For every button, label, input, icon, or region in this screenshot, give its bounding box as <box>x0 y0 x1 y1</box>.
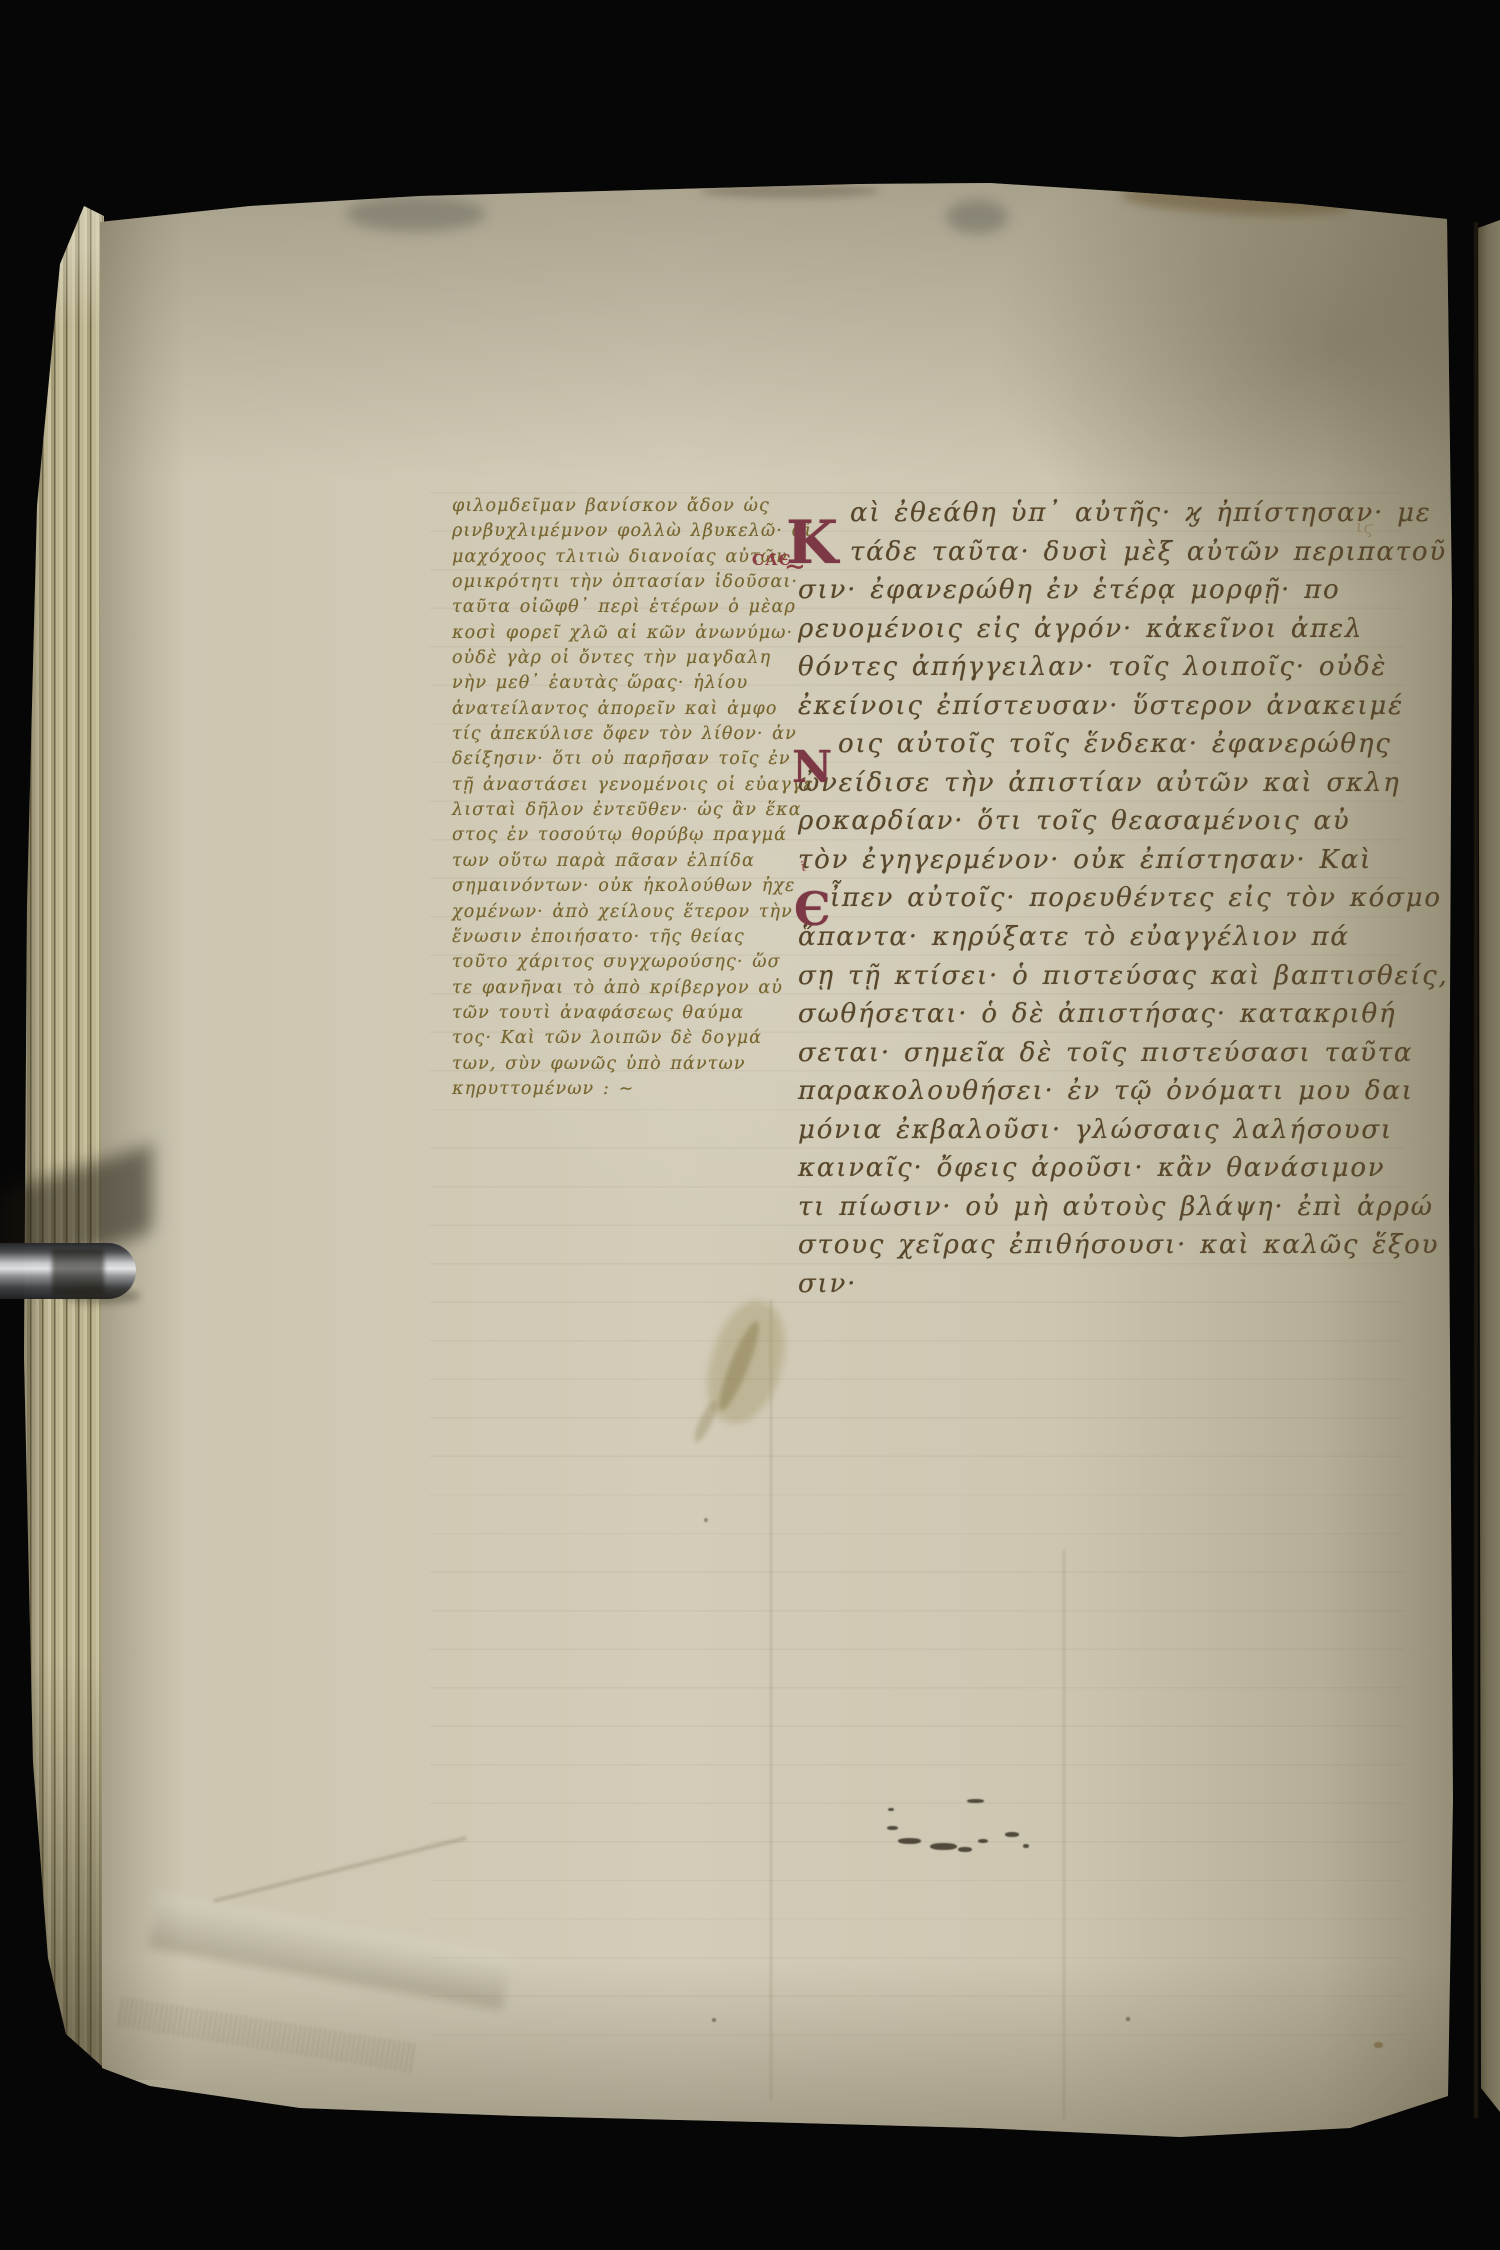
page-shading-top <box>0 180 1500 480</box>
stain <box>946 200 1008 234</box>
gospel-text-line: ροκαρδίαν· ὅτι τοῖς θεασαμένοις αὐ <box>798 806 1398 845</box>
commentary-text-line: τίς ἀπεκύλισε ὄφεν τὸν λίθον· ἀν <box>452 724 788 749</box>
parchment-page: φιλομδεῖμαν βανίσκον ἄδον ὡςρινβυχλιμέμν… <box>0 0 1500 2250</box>
commentary-text-line: μαχόχοος τλιτιὼ διανοίας αὐτῶν <box>452 547 788 572</box>
vertical-crease <box>1063 1550 1065 2120</box>
commentary-text-line: ἕνωσιν ἐποιήσατο· τῆς θείας <box>452 927 788 952</box>
page-holder-contact-shadow <box>62 1288 140 1304</box>
commentary-text-line: ἀνατείλαντος ἀπορεῖν καὶ ἀμφο <box>452 699 788 724</box>
ink-speck <box>978 1839 988 1843</box>
ink-speck <box>1005 1832 1019 1837</box>
rubricated-initial-nu: Ν <box>792 742 832 793</box>
gospel-text-line: αὶ ἐθεάθη ὑπ᾽ αὐτῆς· ϗ ἠπίστησαν· με <box>798 498 1398 537</box>
commentary-text-line: κοσὶ φορεῖ χλῶ αἱ κῶν ἀνωνύμω· <box>452 623 788 648</box>
gospel-text-line: στους χεῖρας ἐπιθήσουσι· καὶ καλῶς ἕξου <box>798 1230 1398 1269</box>
commentary-text-line: κηρυττομένων : ∼ <box>452 1079 788 1104</box>
ink-speck <box>1023 1844 1029 1848</box>
commentary-text-line: στος ἐν τοσούτῳ θορύβῳ πραγμά <box>452 825 788 850</box>
gospel-text-line: ἶπεν αὐτοῖς· πορευθέντες εἰς τὸν κόσμο <box>798 883 1398 922</box>
gospel-text-line: οις αὐτοῖς τοῖς ἕνδεκα· ἐφανερώθης <box>798 729 1398 768</box>
ink-speck <box>898 1838 921 1844</box>
commentary-text-line: ρινβυχλιμέμνον φολλὼ λβυκελῶ· αἰ <box>452 521 788 546</box>
ink-speck <box>930 1843 957 1850</box>
gospel-text-line: ρευομένοις εἰς ἀγρόν· κἀκεῖνοι ἀπελ <box>798 614 1398 653</box>
rubric-flourish: ∼ <box>784 552 806 582</box>
commentary-text-line: τος· Καὶ τῶν λοιπῶν δὲ δογμά <box>452 1028 788 1053</box>
ink-speck <box>704 1518 708 1522</box>
gospel-text-line: σωθήσεται· ὁ δὲ ἀπιστήσας· κατακριθή <box>798 999 1398 1038</box>
gospel-text-line: ἐκείνοις ἐπίστευσαν· ὕστερον ἀνακειμέ <box>798 691 1398 730</box>
commentary-text-line: τῇ ἀναστάσει γενομένοις οἱ εὐαγγε <box>452 775 788 800</box>
gospel-text-line: καιναῖς· ὄφεις ἀροῦσι· κἂν θανάσιμον <box>798 1153 1398 1192</box>
commentary-text-line: τε φανῆναι τὸ ἀπὸ κρίβεργον αὐ <box>452 978 788 1003</box>
gospel-text-column: αὶ ἐθεάθη ὑπ᾽ αὐτῆς· ϗ ἠπίστησαν· μετάδε… <box>798 498 1398 1307</box>
gospel-text-line: σεται· σημεῖα δὲ τοῖς πιστεύσασι ταῦτα <box>798 1038 1398 1077</box>
page-shading-left <box>96 200 186 2080</box>
vertical-crease <box>770 1300 772 2100</box>
book-fore-edge <box>24 206 104 2068</box>
commentary-text-line: λισταὶ δῆλον ἐντεῦθεν· ὡς ἂν ἕκα <box>452 800 788 825</box>
commentary-text-line: οὐδὲ γὰρ οἱ ὄντες τὴν μαγδαλη <box>452 648 788 673</box>
parchment-wrinkle <box>213 1837 466 1903</box>
gospel-text-line: μόνια ἐκβαλοῦσι· γλώσσαις λαλήσουσι <box>798 1115 1398 1154</box>
commentary-text-line: των, σὺν φωνῶς ὑπὸ πάντων <box>452 1054 788 1079</box>
commentary-text-line: των οὕτω παρὰ πᾶσαν ἐλπίδα <box>452 851 788 876</box>
ink-speck <box>887 1826 898 1830</box>
commentary-text-line: σημαινόντων· οὐκ ἠκολούθων ἠχε <box>452 876 788 901</box>
folio-number: ιϛ <box>1355 517 1376 539</box>
facing-leaf-edge <box>1478 220 1500 2132</box>
fore-edge-shading <box>24 206 104 2068</box>
gospel-text-line: σῃ τῇ κτίσει· ὁ πιστεύσας καὶ βαπτισθείς… <box>798 961 1398 1000</box>
gospel-text-line: παρακολουθήσει· ἐν τῷ ὀνόματι μου δαι <box>798 1076 1398 1115</box>
rubric-initial-mark: ϊ <box>801 860 806 875</box>
ink-speck <box>1374 2042 1383 2048</box>
commentary-text-line: δείξησιν· ὅτι οὐ παρῆσαν τοῖς ἐν <box>452 749 788 774</box>
commentary-text-line: ομικρότητι τὴν ὀπτασίαν ἰδοῦσαι· <box>452 572 788 597</box>
commentary-column: φιλομδεῖμαν βανίσκον ἄδον ὡςρινβυχλιμέμν… <box>452 496 788 1104</box>
gospel-text-line: τὸν ἐγηγερμένον· οὐκ ἐπίστησαν· Καὶ <box>798 845 1398 884</box>
commentary-text-line: νὴν μεθ᾽ ἑαυτὰς ὥρας· ἡλίου <box>452 673 788 698</box>
ink-speck <box>1126 2017 1130 2021</box>
gospel-text-line: σιν· <box>798 1269 1398 1308</box>
commentary-text-line: τοῦτο χάριτος συγχωρούσης· ὥσ <box>452 952 788 977</box>
stain <box>700 184 880 198</box>
parchment-wrinkle <box>118 1997 419 2074</box>
gutter-crease-line <box>1474 222 1478 2118</box>
gospel-text-line: ὠνείδισε τὴν ἀπιστίαν αὐτῶν καὶ σκλη <box>798 768 1398 807</box>
commentary-text-line: χομένων· ἀπὸ χείλους ἕτερον τὴν <box>452 902 788 927</box>
stain <box>1119 182 1350 220</box>
ink-speck <box>967 1799 984 1803</box>
stain <box>346 196 486 232</box>
commentary-text-line: ταῦτα οἰῶφθ᾽ περὶ ἑτέρων ὁ μὲαρ <box>452 597 788 622</box>
rubricated-initial-epsilon: Є <box>794 882 831 936</box>
commentary-text-line: τῶν τουτὶ ἀναφάσεως θαύμα <box>452 1003 788 1028</box>
gospel-text-line: θόντες ἀπήγγειλαν· τοῖς λοιποῖς· οὐδὲ <box>798 652 1398 691</box>
ink-speck <box>958 1847 972 1852</box>
manuscript-photo: φιλομδεῖμαν βανίσκον ἄδον ὡςρινβυχλιμέμν… <box>0 0 1500 2250</box>
gospel-text-line: τι πίωσιν· οὐ μὴ αὐτοὺς βλάψη· ἐπὶ ἀρρώ <box>798 1192 1398 1231</box>
gospel-text-line: σιν· ἐφανερώθη ἐν ἑτέρᾳ μορφῇ· πο <box>798 575 1398 614</box>
ink-speck <box>712 2018 716 2022</box>
gospel-text-line: ἅπαντα· κηρύξατε τὸ εὐαγγέλιον πά <box>798 922 1398 961</box>
gospel-text-line: τάδε ταῦτα· δυσὶ μὲξ αὐτῶν περιπατοῦ <box>798 537 1398 576</box>
ink-speck <box>888 1808 894 1811</box>
commentary-text-line: φιλομδεῖμαν βανίσκον ἄδον ὡς <box>452 496 788 521</box>
